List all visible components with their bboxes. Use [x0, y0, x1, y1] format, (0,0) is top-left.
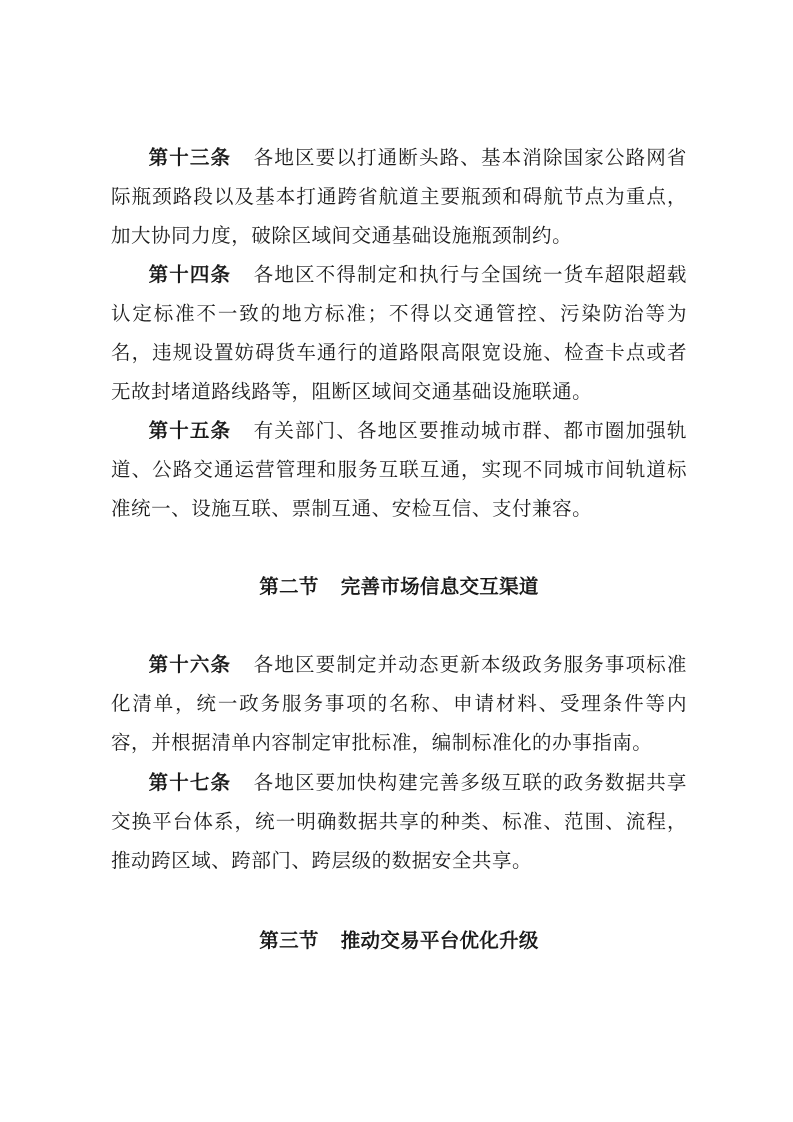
article-17: 第十七条各地区要加快构建完善多级互联的政务数据共享交换平台体系，统一明确数据共享…	[111, 763, 687, 880]
article-label: 第十四条	[148, 263, 231, 286]
article-label: 第十五条	[148, 419, 231, 442]
article-13: 第十三条各地区要以打通断头路、基本消除国家公路网省际瓶颈路段以及基本打通跨省航道…	[111, 138, 687, 255]
section-heading-3: 第三节推动交易平台优化升级	[111, 926, 687, 956]
article-16: 第十六条各地区要制定并动态更新本级政务服务事项标准化清单，统一政务服务事项的名称…	[111, 645, 687, 762]
article-label: 第十三条	[148, 146, 231, 169]
section-title: 完善市场信息交互渠道	[341, 575, 539, 598]
section-title: 推动交易平台优化升级	[341, 929, 539, 952]
section-number: 第二节	[259, 575, 318, 598]
article-15: 第十五条有关部门、各地区要推动城市群、都市圈加强轨道、公路交通运营管理和服务互联…	[111, 411, 687, 528]
article-14: 第十四条各地区不得制定和执行与全国统一货车超限超载认定标准不一致的地方标准；不得…	[111, 255, 687, 411]
section-heading-2: 第二节完善市场信息交互渠道	[111, 572, 687, 602]
article-label: 第十七条	[148, 771, 231, 794]
article-label: 第十六条	[148, 653, 231, 676]
section-number: 第三节	[259, 929, 318, 952]
